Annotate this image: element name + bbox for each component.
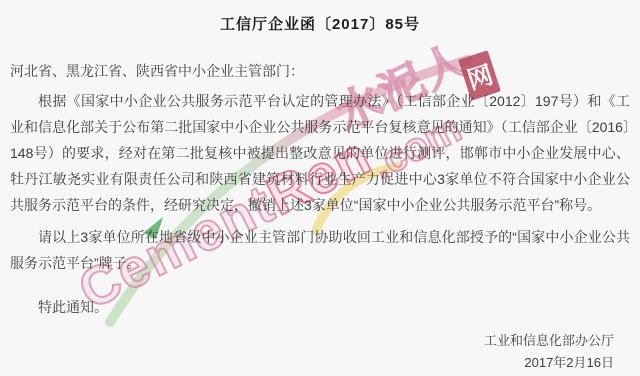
document-page: CementRen .com 水泥人 网 工信厅企业函〔2017〕85号 河北省… <box>0 0 640 376</box>
paragraph-request: 请以上3家单位所在地省级中小企业主管部门协助收回工业和信息化部授予的“国家中小企… <box>10 224 630 276</box>
paragraph-basis: 根据《国家中小企业公共服务示范平台认定的管理办法》（工信部企业〔2012〕197… <box>10 88 630 218</box>
document-body: 河北省、黑龙江省、陕西省中小企业主管部门： 根据《国家中小企业公共服务示范平台认… <box>10 58 630 320</box>
issuing-office: 工业和信息化部办公厅 <box>484 330 614 352</box>
signature-block: 工业和信息化部办公厅 2017年2月16日 <box>484 330 614 374</box>
document-number-title: 工信厅企业函〔2017〕85号 <box>0 13 640 34</box>
issue-date: 2017年2月16日 <box>484 352 614 374</box>
salutation-line: 河北省、黑龙江省、陕西省中小企业主管部门： <box>10 58 630 84</box>
paragraph-closing: 特此通知。 <box>10 294 630 320</box>
notice-document: 工信厅企业函〔2017〕85号 河北省、黑龙江省、陕西省中小企业主管部门： 根据… <box>0 0 640 376</box>
